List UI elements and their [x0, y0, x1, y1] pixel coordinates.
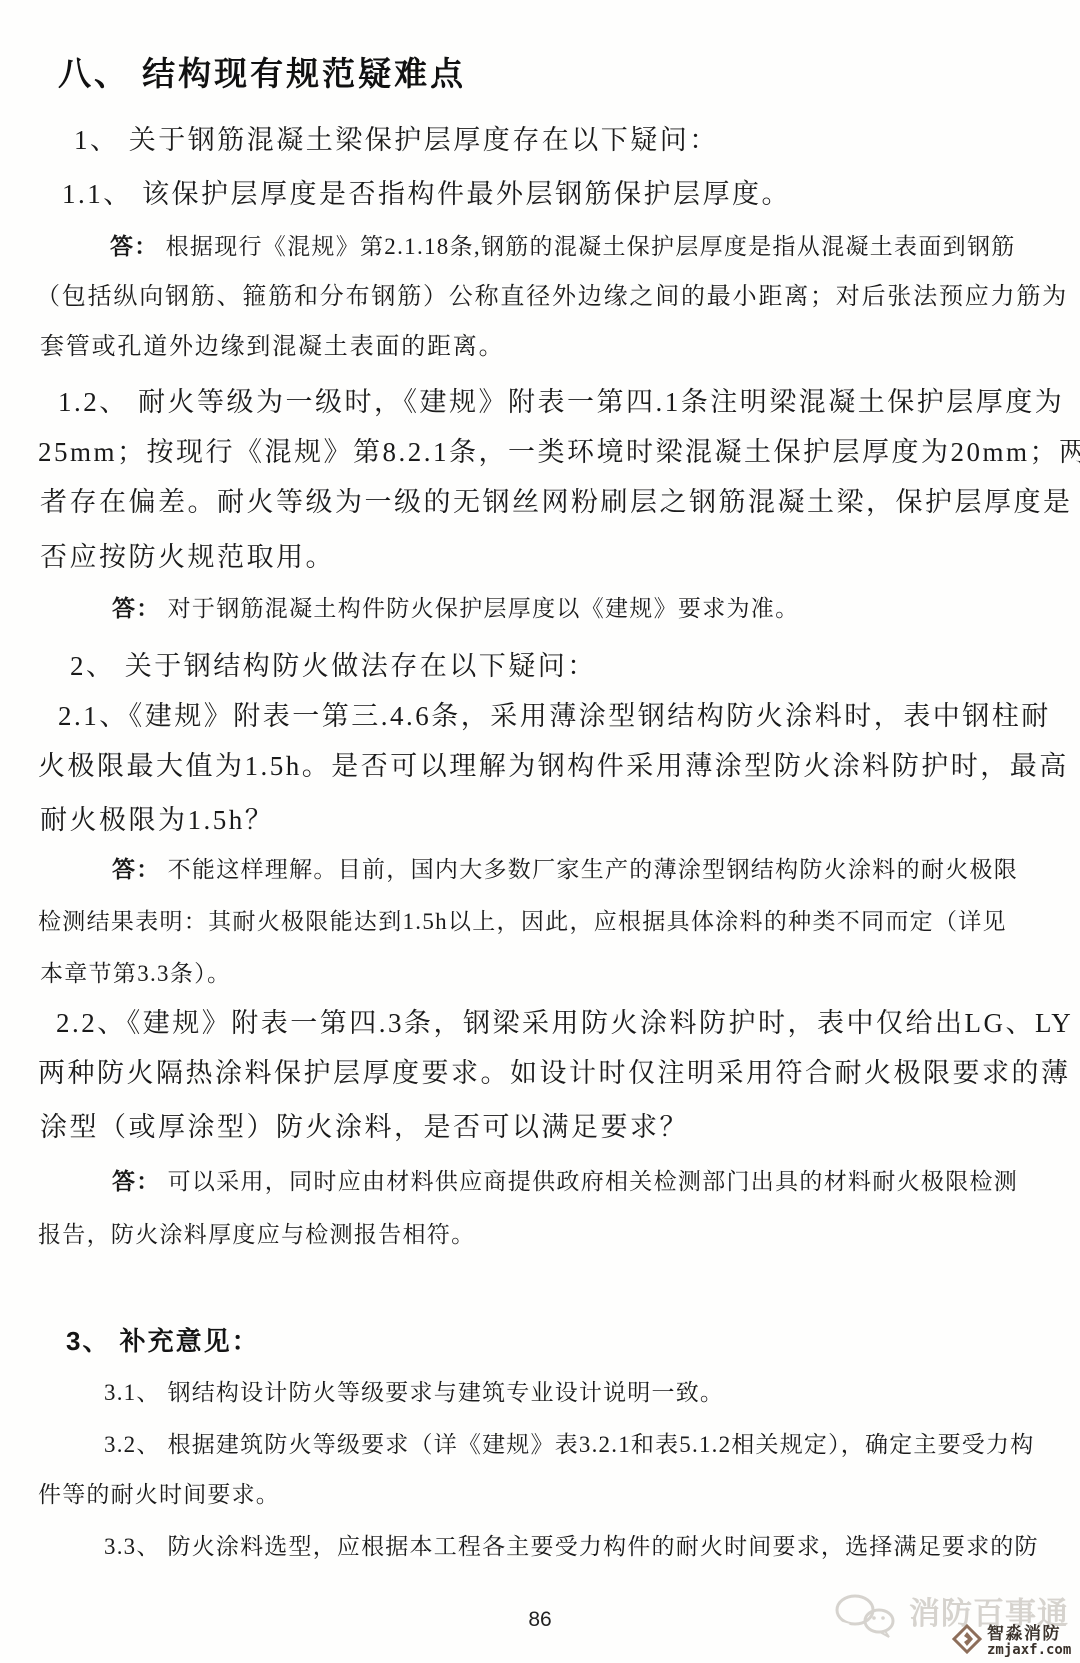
question-2-1-line-2: 火极限最大值为1.5h。是否可以理解为钢构件采用薄涂型防火涂料防护时，最高	[38, 744, 1069, 783]
diamond-logo-icon	[952, 1624, 982, 1659]
logo-url-text: zmjaxf.com	[987, 1643, 1071, 1658]
question-2-1-line-3: 耐火极限为1.5h？	[40, 798, 274, 837]
item-3-3: 3.3、 防火涂料选型，应根据本工程各主要受力构件的耐火时间要求，选择满足要求的…	[104, 1528, 1039, 1561]
answer-prefix: 答：	[112, 1169, 161, 1194]
question-2-heading: 2、 关于钢结构防火做法存在以下疑问：	[70, 644, 597, 683]
answer-1-1-line-3: 套管或孔道外边缘到混凝土表面的距离。	[40, 326, 504, 361]
item-3-1: 3.1、 钢结构设计防火等级要求与建筑专业设计说明一致。	[104, 1374, 724, 1407]
section-3-heading: 3、 补充意见：	[66, 1321, 260, 1358]
question-2-1-line-1: 2.1、《建规》附表一第三.4.6条，采用薄涂型钢结构防火涂料时，表中钢柱耐	[58, 694, 1051, 733]
question-1-1: 1.1、 该保护层厚度是否指构件最外层钢筋保护层厚度。	[62, 172, 791, 211]
page-title: 八、 结构现有规范疑难点	[58, 48, 466, 95]
answer-2-1-line-3: 本章节第3.3条）。	[40, 955, 231, 988]
question-2-2-line-2: 两种防火隔热涂料保护层厚度要求。如设计时仅注明采用符合耐火极限要求的薄	[38, 1051, 1071, 1090]
question-1-heading: 1、 关于钢筋混凝土梁保护层厚度存在以下疑问：	[74, 118, 719, 157]
answer-text: 对于钢筋混凝土构件防火保护层厚度以《建规》要求为准。	[168, 596, 800, 621]
item-3-2-line-1: 3.2、 根据建筑防火等级要求（详《建规》表3.2.1和表5.1.2相关规定），…	[104, 1426, 1034, 1459]
answer-2-2-line-1: 答：可以采用，同时应由材料供应商提供政府相关检测部门出具的材料耐火极限检测	[112, 1163, 1018, 1196]
answer-text: 根据现行《混规》第2.1.18条,钢筋的混凝土保护层厚度是指从混凝土表面到钢筋	[166, 234, 1016, 259]
answer-1-2: 答：对于钢筋混凝土构件防火保护层厚度以《建规》要求为准。	[112, 590, 799, 623]
answer-text: 可以采用，同时应由材料供应商提供政府相关检测部门出具的材料耐火极限检测	[168, 1169, 1019, 1194]
answer-2-1-line-2: 检测结果表明：其耐火极限能达到1.5h以上，因此，应根据具体涂料的种类不同而定（…	[38, 903, 1007, 936]
answer-1-1-line-2: （包括纵向钢筋、箍筋和分布钢筋）公称直径外边缘之间的最小距离；对后张法预应力筋为	[36, 276, 1068, 311]
answer-1-1-line-1: 答：根据现行《混规》第2.1.18条,钢筋的混凝土保护层厚度是指从混凝土表面到钢…	[110, 228, 1016, 261]
question-2-2-line-3: 涂型（或厚涂型）防火涂料，是否可以满足要求？	[40, 1105, 689, 1144]
wechat-bubbles-icon	[833, 1592, 905, 1643]
question-1-2-line-4: 否应按防火规范取用。	[40, 535, 335, 574]
document-page: 八、 结构现有规范疑难点 1、 关于钢筋混凝土梁保护层厚度存在以下疑问： 1.1…	[0, 0, 1080, 1663]
question-1-2-line-2: 25mm；按现行《混规》第8.2.1条，一类环境时梁混凝土保护层厚度为20mm；…	[38, 430, 1080, 469]
answer-prefix: 答：	[110, 234, 159, 259]
footer-logo: 智淼消防 zmjaxf.com	[952, 1624, 1071, 1659]
answer-2-1-line-1: 答：不能这样理解。目前，国内大多数厂家生产的薄涂型钢结构防火涂料的耐火极限	[112, 851, 1018, 884]
question-1-2-line-3: 者存在偏差。耐火等级为一级的无钢丝网粉刷层之钢筋混凝土梁，保护层厚度是	[40, 480, 1073, 519]
question-1-2-line-1: 1.2、 耐火等级为一级时，《建规》附表一第四.1条注明梁混凝土保护层厚度为	[58, 380, 1064, 419]
question-2-2-line-1: 2.2、《建规》附表一第四.3条，钢梁采用防火涂料防护时，表中仅给出LG、LY	[56, 1001, 1073, 1040]
answer-prefix: 答：	[112, 596, 161, 621]
logo-title-text: 智淼消防	[987, 1625, 1071, 1643]
answer-2-2-line-2: 报告，防火涂料厚度应与检测报告相符。	[38, 1216, 475, 1249]
item-3-2-line-2: 件等的耐火时间要求。	[38, 1476, 280, 1509]
answer-prefix: 答：	[112, 857, 161, 882]
answer-text: 不能这样理解。目前，国内大多数厂家生产的薄涂型钢结构防火涂料的耐火极限	[168, 857, 1019, 882]
